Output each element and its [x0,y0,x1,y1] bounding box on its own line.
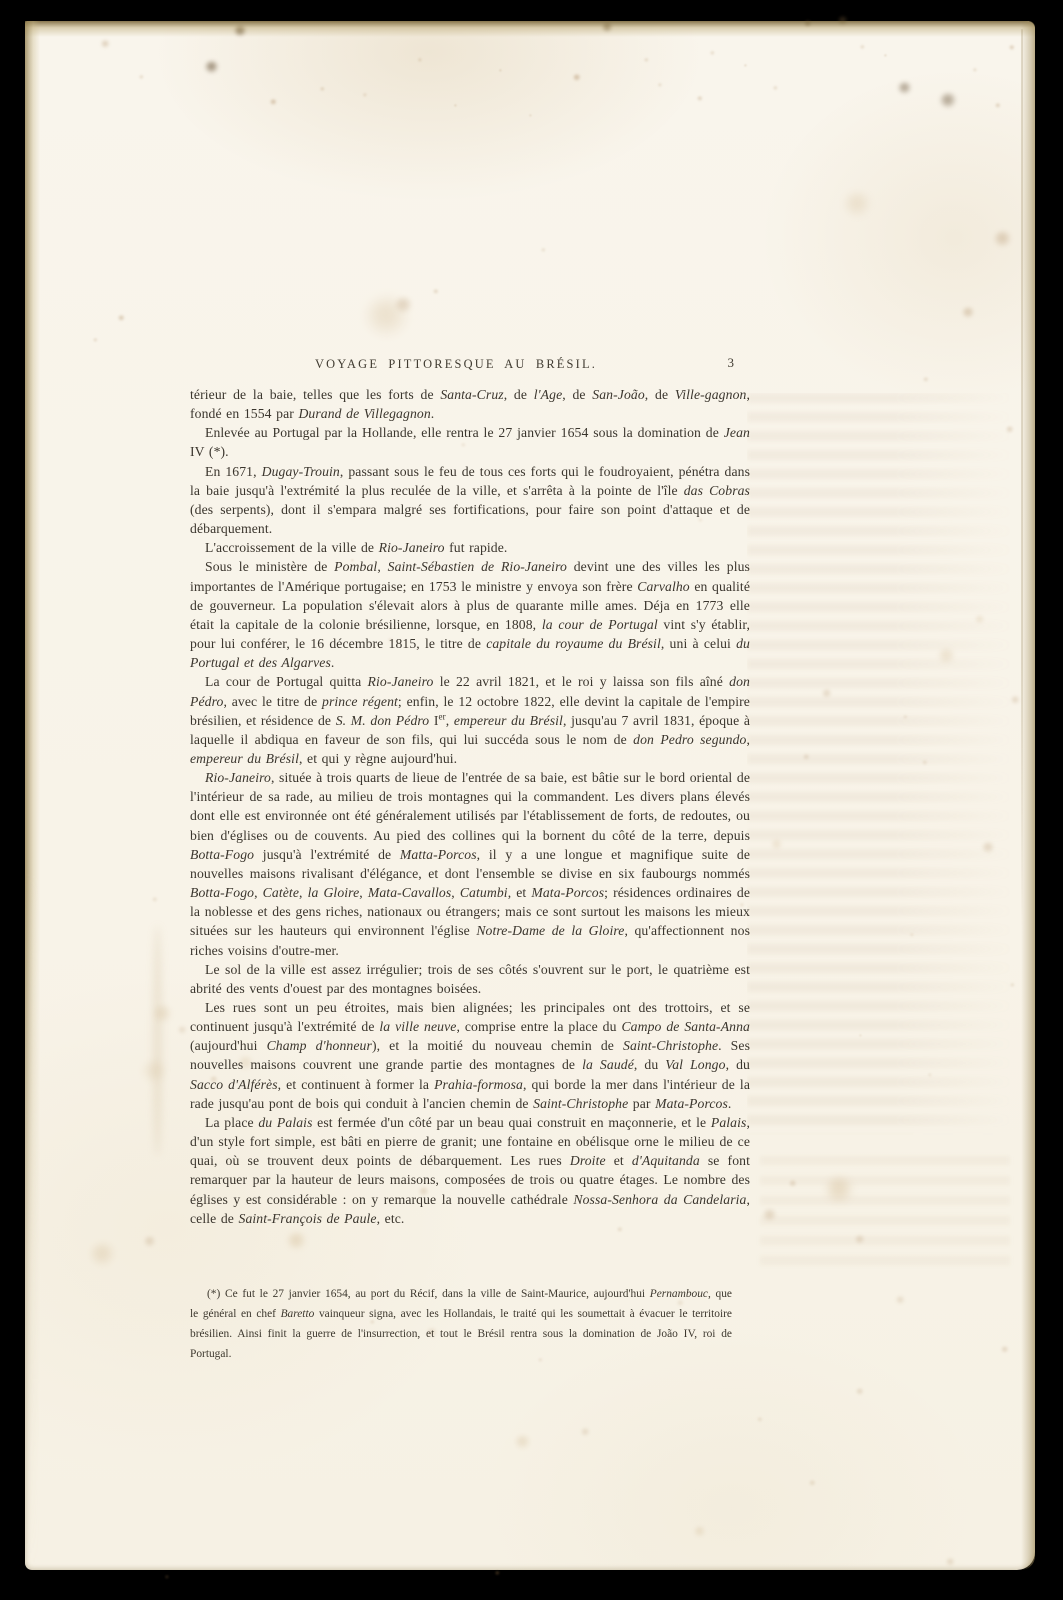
foxing-spot [320,87,325,91]
foxing-spot [896,1296,905,1304]
foxing-spot [838,16,848,25]
foxing-spot [928,1073,932,1077]
foxing-spot [922,760,928,765]
foxing-spot [152,897,158,902]
foxing-spot [363,93,367,97]
foxing-spot [499,69,502,72]
foxing-spot [118,315,125,321]
foxing-spot [995,103,1001,108]
foxing-spot [825,1177,855,1203]
foxing-spot [789,1180,797,1187]
foxing-spot [644,58,649,62]
page-number: 3 [728,355,735,371]
foxing-spot [809,1480,816,1486]
foxing-spot [744,64,747,67]
paragraph: Sous le ministère de Pombal, Saint-Sébas… [190,557,750,672]
foxing-spot [938,648,956,664]
foxing-spot [1009,45,1015,50]
foxing-spot [694,1526,706,1537]
foxing-spot [982,842,995,853]
foxing-spot [529,114,532,117]
paragraph: La cour de Portugal quitta Rio-Janeiro l… [190,672,750,768]
paragraph: térieur de la baie, telles que les forts… [190,385,750,423]
foxing-spot [771,839,783,850]
foxing-spot [658,83,662,87]
foxing-spot [515,1435,531,1449]
foxing-spot [855,1235,865,1244]
foxing-spot [844,192,872,217]
page-edge-right [1021,21,1035,1570]
foxing-spot [946,1558,955,1566]
paragraph: Enlevée au Portugal par la Hollande, ell… [190,423,750,461]
foxing-spot [773,86,778,90]
foxing-spot [541,248,546,252]
scanned-book-page: VOYAGE PITTORESQUE AU BRÉSIL. 3 térieur … [0,0,1063,1600]
foxing-spot [365,297,411,337]
verso-text-bleedthrough [747,393,1013,1135]
foxing-spot [418,58,422,62]
foxing-spot [205,61,219,73]
paragraph: Rio-Janeiro, située à trois quarts de li… [190,768,750,960]
foxing-spot [898,82,912,94]
foxing-spot [234,25,247,36]
foxing-spot [697,96,703,101]
foxing-spot [923,377,929,382]
foxing-spot [90,1243,116,1266]
paragraph: Le sol de la ville est assez irrégulier;… [190,960,750,998]
footnote: (*) Ce fut le 27 janvier 1654, au port d… [190,1284,732,1364]
foxing-spot [395,297,413,313]
paragraph: En 1671, Dugay-Trouin, passant sous le f… [190,462,750,539]
book-page-paper: VOYAGE PITTORESQUE AU BRÉSIL. 3 térieur … [25,21,1035,1570]
body-text: térieur de la baie, telles que les forts… [190,385,750,1228]
foxing-spot [856,1388,864,1395]
foxing-spot [804,20,812,27]
foxing-spot [101,40,110,48]
foxing-spot [822,689,832,698]
foxing-spot [994,231,1012,247]
foxing-spot [910,933,914,937]
paragraph: La place du Palais est fermée d'un côté … [190,1113,750,1228]
foxing-spot [757,1417,763,1422]
page-crease-right [1021,29,1023,927]
foxing-spot [495,1571,500,1575]
verso-text-bleedthrough-lower [760,1156,1010,1266]
foxing-spot [973,68,977,72]
foxing-spot [144,1236,156,1247]
page-edge-left [25,21,40,1570]
foxing-spot [602,22,613,32]
foxing-spot [884,54,887,57]
foxing-spot [581,1428,590,1436]
foxing-spot [178,1026,187,1034]
running-title: VOYAGE PITTORESQUE AU BRÉSIL. [315,357,597,372]
foxing-spot [454,104,457,107]
foxing-spot [962,307,975,318]
foxing-spot [1011,696,1020,704]
foxing-spot [903,715,908,719]
foxing-spot [433,289,439,294]
foxing-spot [139,75,144,79]
paper-crease-left [153,926,162,1156]
foxing-spot [860,45,865,49]
foxing-spot [270,99,277,105]
foxing-spot [763,1209,777,1221]
text-block: VOYAGE PITTORESQUE AU BRÉSIL. 3 térieur … [190,355,750,1364]
foxing-spot [859,1034,862,1037]
foxing-spot [710,51,715,55]
foxing-spot [93,338,98,342]
foxing-spot [940,93,957,108]
foxing-spot [803,754,810,760]
foxing-spot [573,74,581,81]
page-header: VOYAGE PITTORESQUE AU BRÉSIL. 3 [190,355,750,373]
page-edge-top [25,21,1035,37]
paragraph: Les rues sont un peu étroites, mais bien… [190,998,750,1113]
foxing-spot [1006,426,1014,433]
foxing-spot [1010,983,1015,987]
paragraph: L'accroissement de la ville de Rio-Janei… [190,538,750,557]
foxing-spot [1001,1346,1009,1353]
foxing-spot [165,1575,169,1579]
foxing-spot [975,615,985,624]
